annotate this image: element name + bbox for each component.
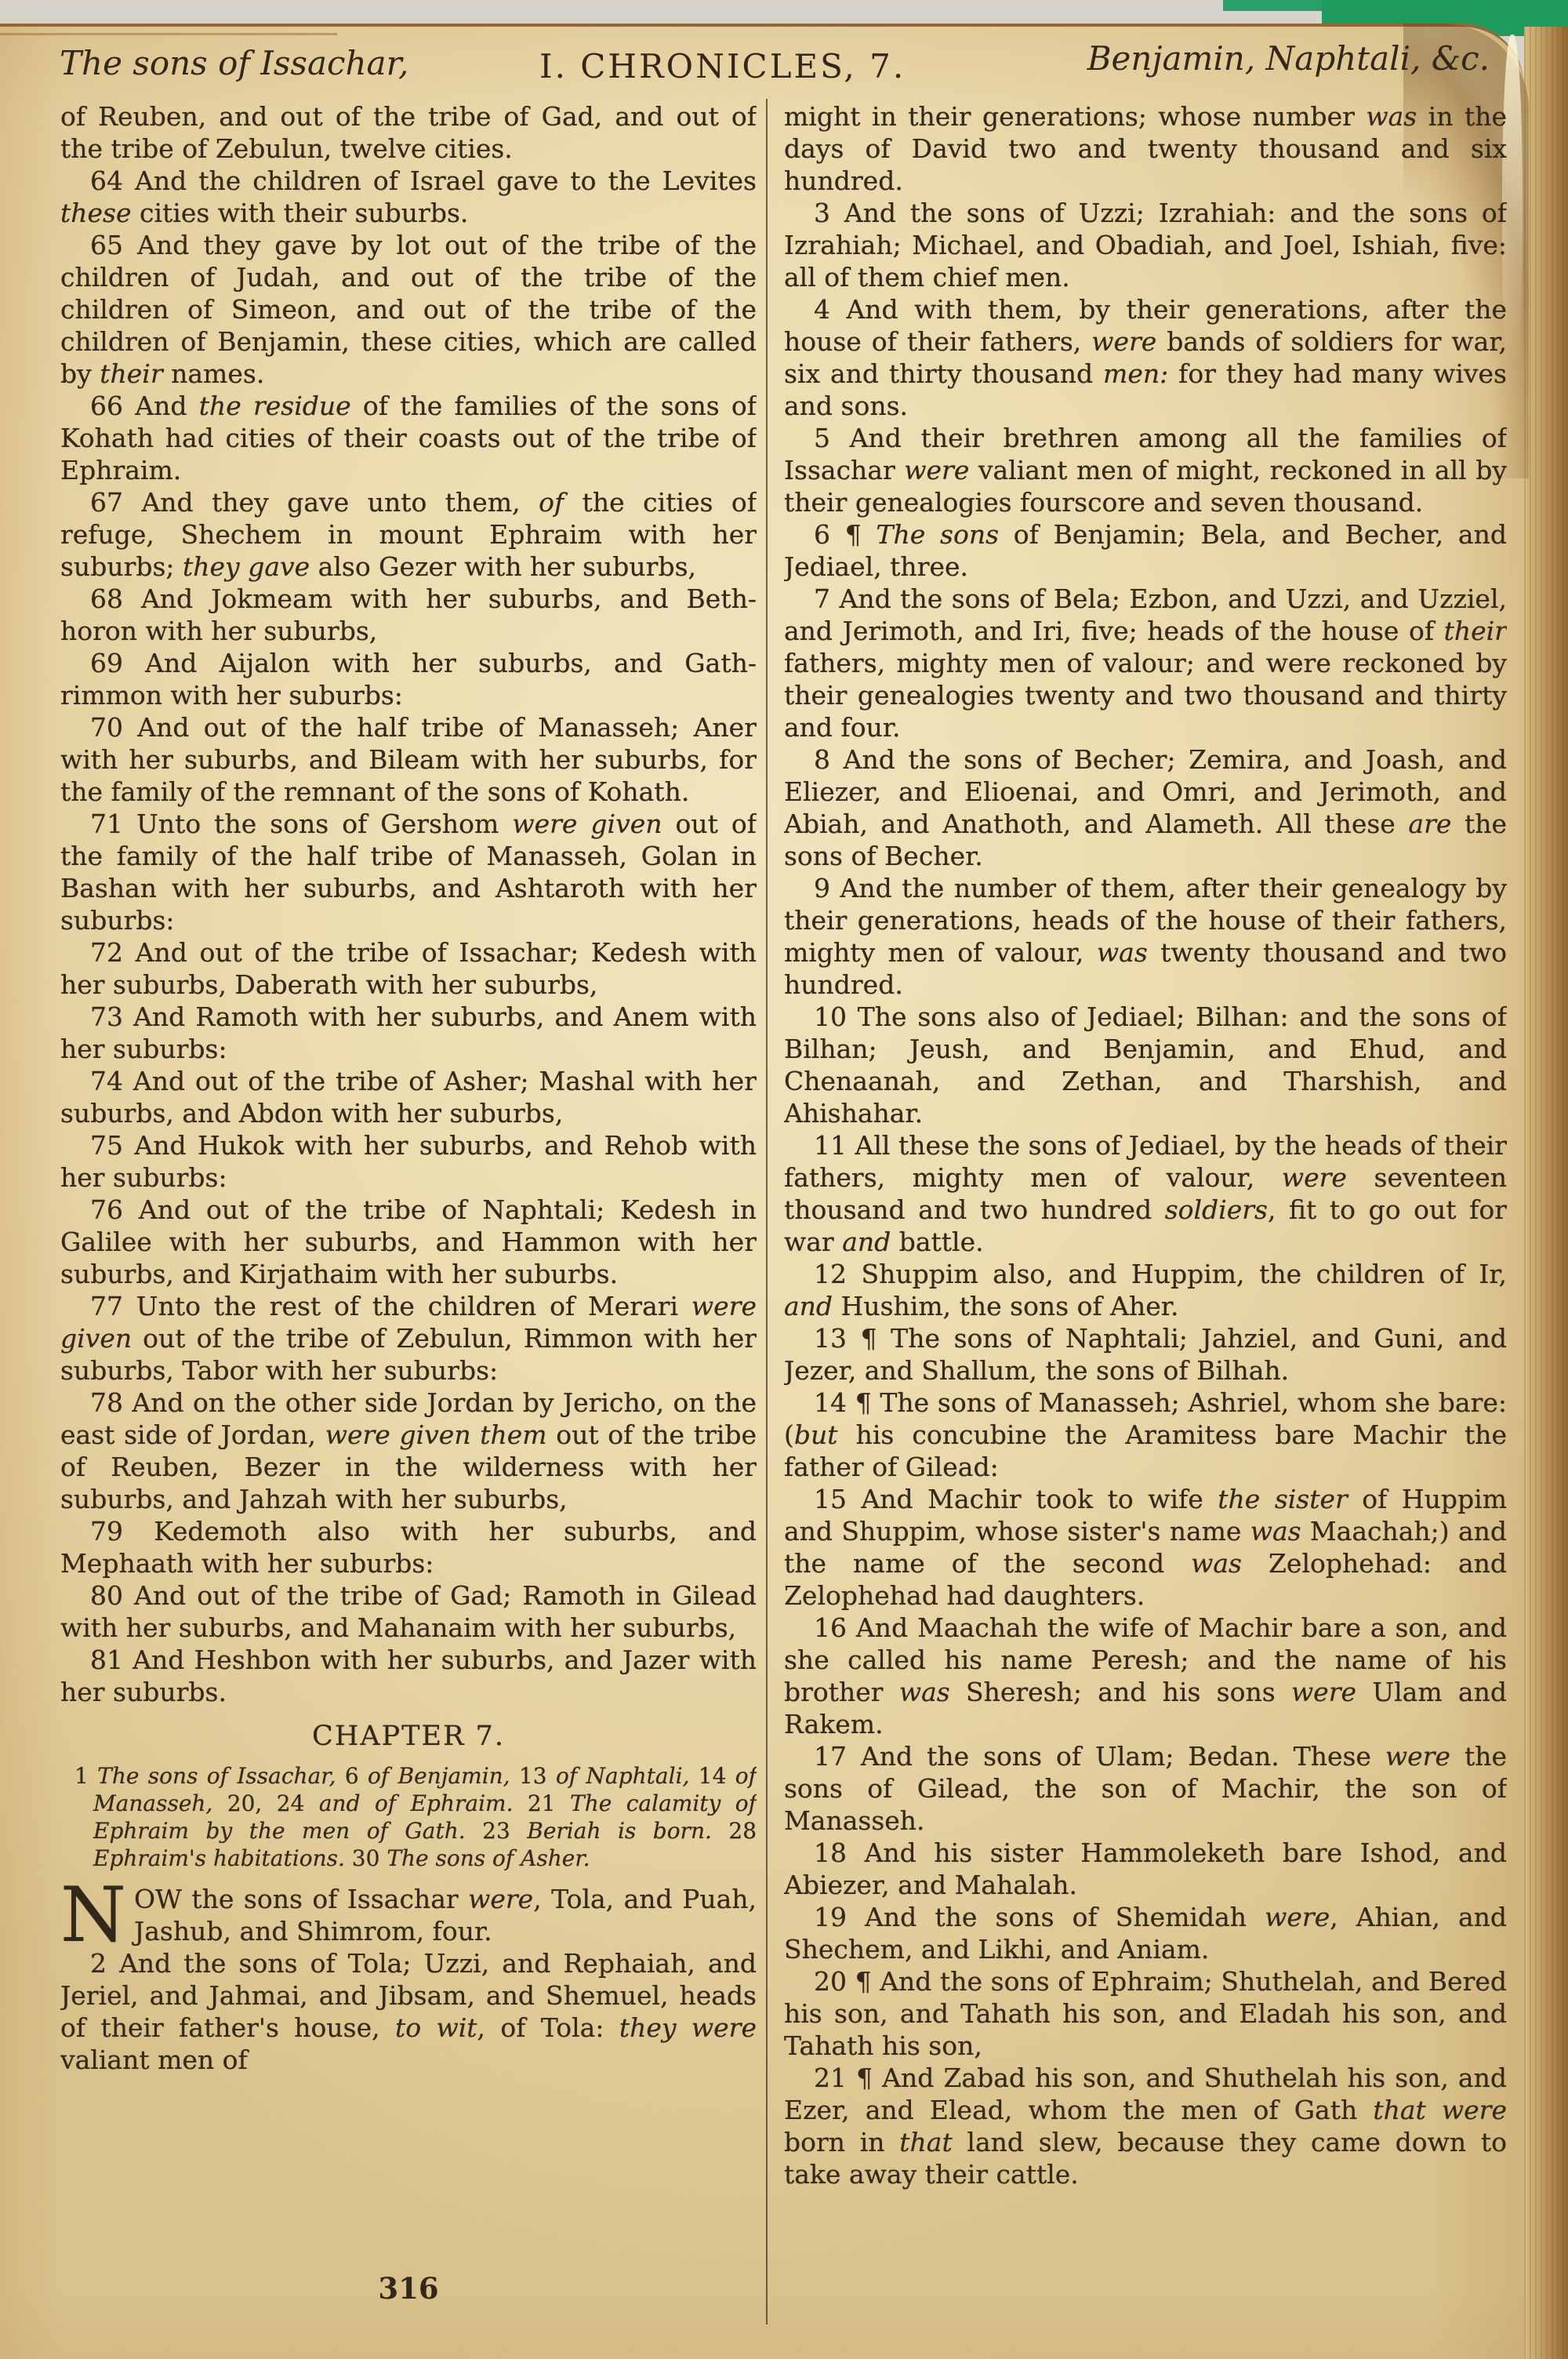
verse-paragraph: 79 Kedemoth also with her suburbs, and M… [60,1515,757,1579]
running-head-right: Benjamin, Naphtali, &c. [1087,39,1490,78]
verse-paragraph: 20 ¶ And the sons of Ephraim; Shuthelah,… [784,1965,1507,2062]
page-top-edge-line [0,33,337,35]
verse-paragraph: 78 And on the other side Jordan by Jeric… [60,1387,757,1515]
verse-paragraph: 2 And the sons of Tola; Uzzi, and Rephai… [60,1947,757,2076]
verse-paragraph: 17 And the sons of Ulam; Bedan. These we… [784,1740,1507,1837]
page-title: I. CHRONICLES, 7. [539,47,906,85]
verse-paragraph: 16 And Maachah the wife of Machir bare a… [784,1612,1507,1740]
verse-paragraph: 73 And Ramoth with her suburbs, and Anem… [60,1001,757,1065]
verse-paragraph: 71 Unto the sons of Gershom were given o… [60,808,757,936]
verse-paragraph: 8 And the sons of Becher; Zemira, and Jo… [784,743,1507,872]
table-surface [1223,0,1325,11]
drop-cap-initial: N [60,1883,134,1944]
verse-paragraph: 19 And the sons of Shemidah were, Ahian,… [784,1901,1507,1965]
chapter-heading: CHAPTER 7. [60,1721,757,1753]
book-page-photo: The sons of Issachar, I. CHRONICLES, 7. … [0,0,1568,2359]
page-edge-stack [1524,27,1568,2359]
verse-paragraph: 13 ¶ The sons of Naphtali; Jahziel, and … [784,1322,1507,1387]
summary: 1 The sons of Issachar, 6 of Benjamin, 1… [60,1762,757,1872]
verse-paragraph: 5 And their brethren among all the famil… [784,422,1507,518]
text-column-left: of Reuben, and out of the tribe of Gad, … [60,100,757,2273]
verse-paragraph: 64 And the children of Israel gave to th… [60,165,757,229]
verse-paragraph: 81 And Heshbon with her suburbs, and Jaz… [60,1644,757,1708]
verse-paragraph: 15 And Machir took to wife the sister of… [784,1483,1507,1612]
verse-paragraph: 21 ¶ And Zabad his son, and Shuthelah hi… [784,2062,1507,2190]
verse-paragraph: 11 All these the sons of Jediael, by the… [784,1129,1507,1258]
verse-paragraph: 67 And they gave unto them, of the citie… [60,486,757,583]
page-number: 316 [60,2271,757,2306]
verse-paragraph: 76 And out of the tribe of Naphtali; Ked… [60,1194,757,1290]
verse-paragraph: 3 And the sons of Uzzi; Izrahiah: and th… [784,197,1507,293]
running-head-left: The sons of Issachar, [60,44,408,82]
verse-paragraph: 72 And out of the tribe of Issachar; Ked… [60,936,757,1001]
verse-paragraph: 4 And with them, by their generations, a… [784,293,1507,422]
verse-paragraph: 74 And out of the tribe of Asher; Mashal… [60,1065,757,1129]
verse-paragraph: 65 And they gave by lot out of the tribe… [60,229,757,390]
verse-paragraph: 10 The sons also of Jediael; Bilhan: and… [784,1001,1507,1129]
verse-paragraph: 75 And Hukok with her suburbs, and Rehob… [60,1129,757,1194]
text-column-right: might in their generations; whose number… [784,100,1507,2337]
verse-paragraph: 70 And out of the half tribe of Manasseh… [60,711,757,808]
verse-paragraph: 6 ¶ The sons of Benjamin; Bela, and Bech… [784,518,1507,583]
column-divider [766,99,768,2324]
verse-paragraph: 18 And his sister Hammoleketh bare Ishod… [784,1837,1507,1901]
verse-paragraph: 9 And the number of them, after their ge… [784,872,1507,1001]
verse-paragraph: 7 And the sons of Bela; Ezbon, and Uzzi,… [784,583,1507,743]
verse-paragraph: 66 And the residue of the families of th… [60,390,757,486]
continuation: might in their generations; whose number… [784,100,1507,197]
dropcap: NOW the sons of Issachar were, Tola, and… [60,1883,757,1947]
verse-paragraph: 69 And Aijalon with her suburbs, and Gat… [60,647,757,711]
continuation: of Reuben, and out of the tribe of Gad, … [60,100,757,165]
verse-paragraph: 12 Shuppim also, and Huppim, the childre… [784,1258,1507,1322]
verse-paragraph: 14 ¶ The sons of Manasseh; Ashriel, whom… [784,1387,1507,1483]
verse-paragraph: 77 Unto the rest of the children of Mera… [60,1290,757,1387]
verse-paragraph: 68 And Jokmeam with her suburbs, and Bet… [60,583,757,647]
verse-paragraph: 80 And out of the tribe of Gad; Ramoth i… [60,1579,757,1644]
